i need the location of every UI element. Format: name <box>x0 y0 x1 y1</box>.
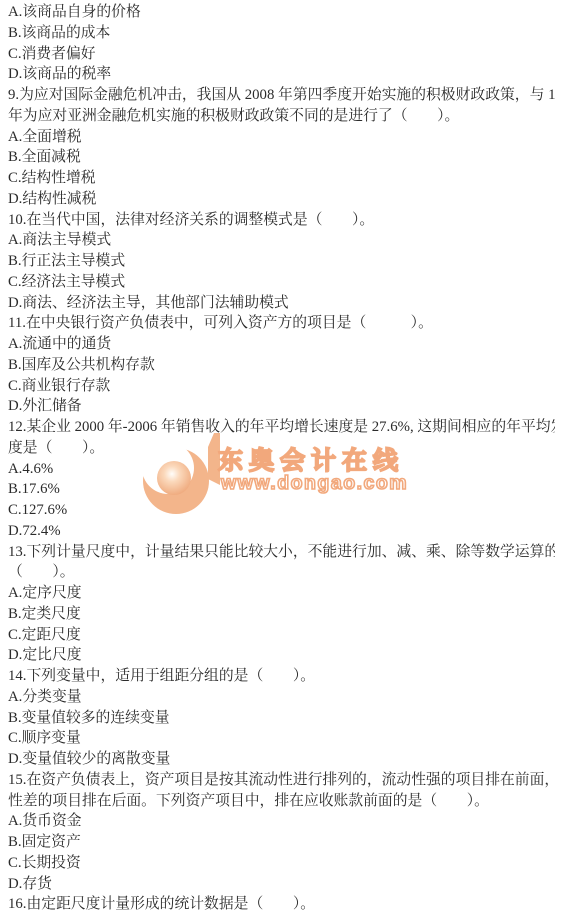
text-line: C.消费者偏好 <box>8 44 555 65</box>
text-line: D.变量值较少的离散变量 <box>8 749 555 770</box>
text-line: D.该商品的税率 <box>8 64 555 85</box>
text-line: D.商法、经济法主导，其他部门法辅助模式 <box>8 293 555 314</box>
text-line: 12.某企业 2000 年-2006 年销售收入的年平均增长速度是 27.6%,… <box>8 417 555 438</box>
text-line: 年为应对亚洲金融危机实施的积极财政政策不同的是进行了（ ）。 <box>8 106 555 127</box>
text-line: D.72.4% <box>8 521 555 542</box>
text-line: D.结构性减税 <box>8 189 555 210</box>
question-text-block: A.该商品自身的价格B.该商品的成本C.消费者偏好D.该商品的税率9.为应对国际… <box>0 0 561 913</box>
text-line: C.商业银行存款 <box>8 376 555 397</box>
text-line: D.存货 <box>8 874 555 895</box>
text-line: 性差的项目排在后面。下列资产项目中，排在应收账款前面的是（ ）。 <box>8 791 555 812</box>
text-line: A.分类变量 <box>8 687 555 708</box>
text-line: B.变量值较多的连续变量 <box>8 708 555 729</box>
text-line: 16.由定距尺度计量形成的统计数据是（ ）。 <box>8 894 555 913</box>
text-line: D.定比尺度 <box>8 645 555 666</box>
text-line: C.结构性增税 <box>8 168 555 189</box>
text-line: B.固定资产 <box>8 832 555 853</box>
text-line: A.商法主导模式 <box>8 230 555 251</box>
text-line: D.外汇储备 <box>8 396 555 417</box>
text-line: 10.在当代中国，法律对经济关系的调整模式是（ ）。 <box>8 210 555 231</box>
text-line: C.顺序变量 <box>8 728 555 749</box>
text-line: A.该商品自身的价格 <box>8 2 555 23</box>
text-line: C.长期投资 <box>8 853 555 874</box>
text-line: B.17.6% <box>8 479 555 500</box>
text-line: A.流通中的通货 <box>8 334 555 355</box>
text-line: B.该商品的成本 <box>8 23 555 44</box>
text-line: 度是（ ）。 <box>8 438 555 459</box>
text-line: 14.下列变量中，适用于组距分组的是（ ）。 <box>8 666 555 687</box>
text-line: B.行正法主导模式 <box>8 251 555 272</box>
text-line: 15.在资产负债表上，资产项目是按其流动性进行排列的，流动性强的项目排在前面，流… <box>8 770 555 791</box>
text-line: 13.下列计量尺度中，计量结果只能比较大小，不能进行加、减、乘、除等数学运算的是 <box>8 542 555 563</box>
text-line: （ ）。 <box>8 562 555 583</box>
text-line: 9.为应对国际金融危机冲击，我国从 2008 年第四季度开始实施的积极财政政策，… <box>8 85 555 106</box>
text-line: C.127.6% <box>8 500 555 521</box>
text-line: 11.在中央银行资产负债表中，可列入资产方的项目是（ ）。 <box>8 313 555 334</box>
text-line: B.全面减税 <box>8 147 555 168</box>
text-line: A.定序尺度 <box>8 583 555 604</box>
text-line: A.4.6% <box>8 459 555 480</box>
text-line: A.全面增税 <box>8 127 555 148</box>
text-line: B.国库及公共机构存款 <box>8 355 555 376</box>
text-line: C.定距尺度 <box>8 625 555 646</box>
exam-paper-page: 东奥会计在线 www.dongao.com A.该商品自身的价格B.该商品的成本… <box>0 0 561 913</box>
text-line: A.货币资金 <box>8 811 555 832</box>
text-line: B.定类尺度 <box>8 604 555 625</box>
text-line: C.经济法主导模式 <box>8 272 555 293</box>
